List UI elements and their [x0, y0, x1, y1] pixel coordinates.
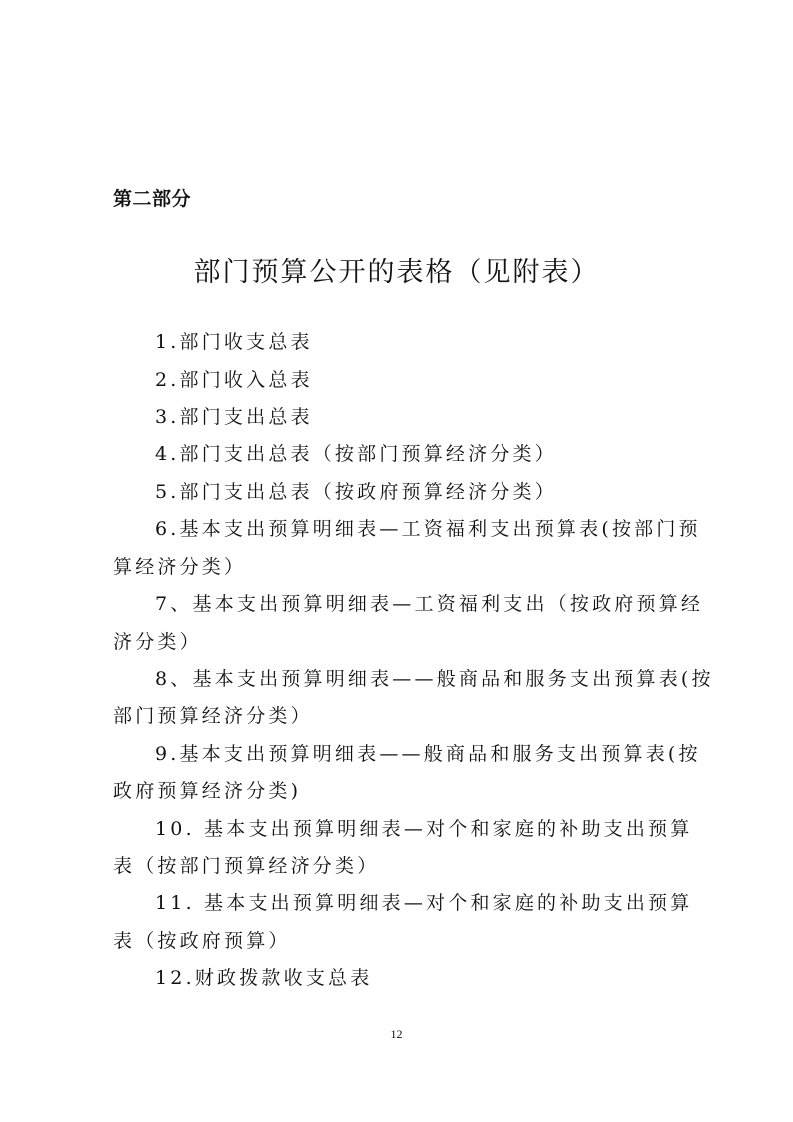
list-item-12: 12.财政拨款收支总表	[155, 967, 372, 989]
list-item-10: 10. 基本支出预算明细表—对个和家庭的补助支出预算	[155, 818, 692, 840]
list-item-10-cont: 表（按部门预算经济分类）	[113, 855, 379, 877]
list-item-8-cont: 部门预算经济分类）	[113, 705, 313, 727]
list-item-6: 6.基本支出预算明细表—工资福利支出预算表(按部门预	[155, 518, 701, 540]
page-number: 12	[0, 1027, 793, 1042]
list-item-7-cont: 济分类）	[113, 631, 202, 653]
list-item-3: 3.部门支出总表	[155, 406, 313, 428]
page-title: 部门预算公开的表格（见附表）	[0, 250, 793, 289]
list-item-1: 1.部门收支总表	[155, 331, 313, 353]
list-item-9: 9.基本支出预算明细表——般商品和服务支出预算表(按	[155, 743, 701, 765]
section-label: 第二部分	[113, 184, 191, 211]
list-item-11: 11. 基本支出预算明细表—对个和家庭的补助支出预算	[155, 892, 692, 914]
list-item-9-cont: 政府预算经济分类)	[113, 780, 301, 802]
list-item-7: 7、基本支出预算明细表—工资福利支出（按政府预算经	[155, 593, 703, 615]
list-item-11-cont: 表（按政府预算）	[113, 930, 291, 952]
list-item-8: 8、基本支出预算明细表——般商品和服务支出预算表(按	[155, 668, 714, 690]
list-item-6-cont: 算经济分类）	[113, 556, 246, 578]
list-item-4: 4.部门支出总表（按部门预算经济分类）	[155, 443, 557, 465]
list-item-5: 5.部门支出总表（按政府预算经济分类）	[155, 481, 557, 503]
list-item-2: 2.部门收入总表	[155, 369, 313, 391]
